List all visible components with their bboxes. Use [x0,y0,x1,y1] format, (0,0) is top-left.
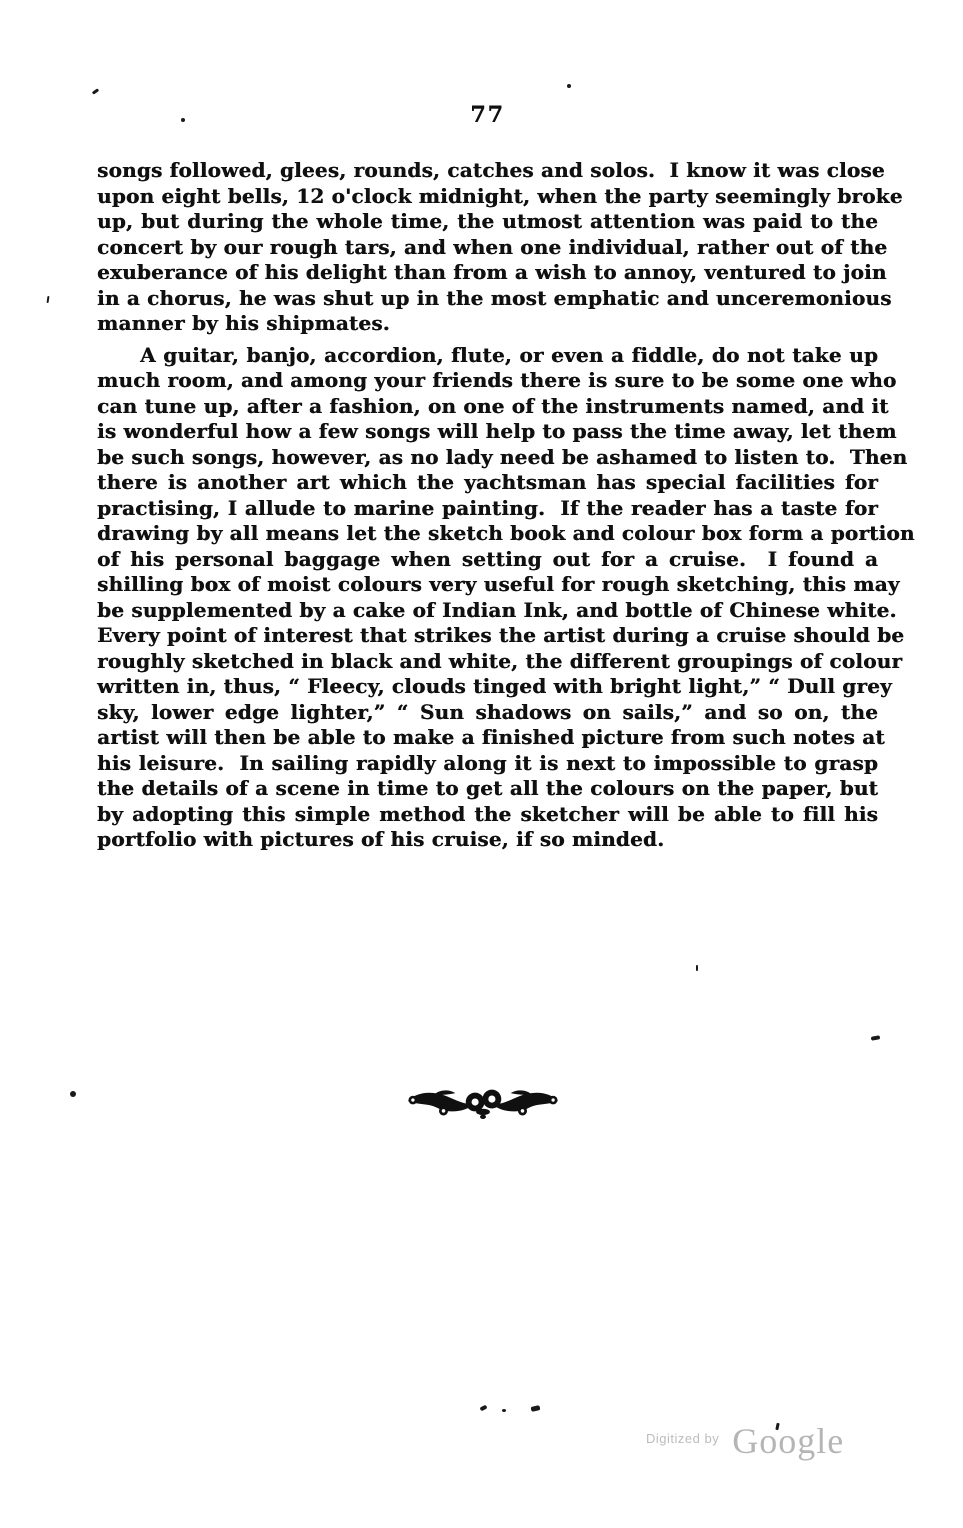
text-line: sky, lower edge lighter,” “ Sun shadows … [97,700,878,726]
ink-speck [871,1035,881,1041]
ink-speck [479,1405,487,1412]
ink-speck [531,1405,541,1412]
text-line: practising, I allude to marine painting.… [97,496,878,522]
text-line: Every point of interest that strikes the… [97,623,878,649]
ink-speck [92,88,99,94]
scroll-flourish-ornament [404,1086,562,1122]
text-line: much room, and among your friends there … [97,368,878,394]
text-line: concert by our rough tars, and when one … [97,235,878,261]
text-line: exuberance of his delight than from a wi… [97,260,878,286]
text-line: be supplemented by a cake of Indian Ink,… [97,598,878,624]
text-line: up, but during the whole time, the utmos… [97,209,878,235]
text-line: can tune up, after a fashion, on one of … [97,394,878,420]
text-line: written in, thus, “ Fleecy, clouds tinge… [97,674,878,700]
watermark-prefix: Digitized by [646,1431,719,1446]
paragraph: songs followed, glees, rounds, catches a… [97,158,878,337]
text-line: upon eight bells, 12 o'clock midnight, w… [97,184,878,210]
text-line: is wonderful how a few songs will help t… [97,419,878,445]
ink-speck [567,84,571,88]
text-line: roughly sketched in black and white, the… [97,649,878,675]
ink-speck [47,296,50,303]
google-logo: Google [732,1421,844,1461]
digitized-by-google-watermark: Digitized by Google [646,1420,844,1462]
ink-speck [502,1409,506,1412]
text-line: manner by his shipmates. [97,311,878,337]
text-line: in a chorus, he was shut up in the most … [97,286,878,312]
text-line: be such songs, however, as no lady need … [97,445,878,471]
ink-speck [696,965,698,971]
text-line: shilling box of moist colours very usefu… [97,572,878,598]
text-line: songs followed, glees, rounds, catches a… [97,158,878,184]
text-line: drawing by all means let the sketch book… [97,521,878,547]
text-line: artist will then be able to make a finis… [97,725,878,751]
scanned-page: 77 songs followed, glees, rounds, catche… [0,0,963,1528]
text-line: of his personal baggage when setting out… [97,547,878,573]
text-line: the details of a scene in time to get al… [97,776,878,802]
text-line: portfolio with pictures of his cruise, i… [97,827,878,853]
ink-speck [70,1091,76,1097]
ink-speck [181,118,185,122]
page-number: 77 [97,102,878,128]
text-line: A guitar, banjo, accordion, flute, or ev… [97,343,878,369]
text-line: his leisure. In sailing rapidly along it… [97,751,878,777]
paragraph: A guitar, banjo, accordion, flute, or ev… [97,343,878,853]
text-line: there is another art which the yachtsman… [97,470,878,496]
text-line: by adopting this simple method the sketc… [97,802,878,828]
body-text: songs followed, glees, rounds, catches a… [97,158,878,853]
